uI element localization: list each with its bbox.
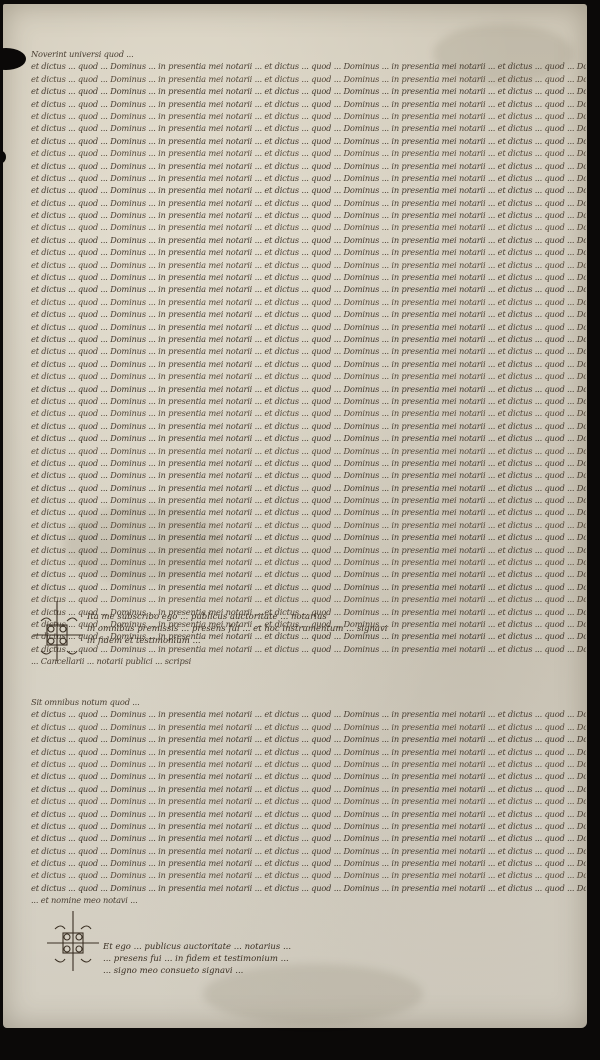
notary-subscription-line: ... presens fui ... in fidem et testimon… (103, 954, 583, 964)
manuscript-line: et dictus ... quod ... Dominus ... in pr… (31, 160, 586, 172)
notary-signum-icon (27, 599, 87, 669)
second-instrument-text: Sit omnibus notum quod ...et dictus ... … (31, 696, 586, 907)
manuscript-line: et dictus ... quod ... Dominus ... in pr… (31, 593, 586, 605)
manuscript-line: et dictus ... quod ... Dominus ... in pr… (31, 259, 586, 271)
manuscript-line: et dictus ... quod ... Dominus ... in pr… (31, 197, 586, 209)
notary-signum-icon (43, 909, 103, 979)
manuscript-line: et dictus ... quod ... Dominus ... in pr… (31, 556, 586, 568)
manuscript-line: et dictus ... quod ... Dominus ... in pr… (31, 482, 586, 494)
manuscript-line: et dictus ... quod ... Dominus ... in pr… (31, 857, 586, 869)
manuscript-line: et dictus ... quod ... Dominus ... in pr… (31, 321, 586, 333)
manuscript-line: et dictus ... quod ... Dominus ... in pr… (31, 432, 586, 444)
manuscript-line: et dictus ... quod ... Dominus ... in pr… (31, 271, 586, 283)
manuscript-line: et dictus ... quod ... Dominus ... in pr… (31, 383, 586, 395)
manuscript-line: et dictus ... quod ... Dominus ... in pr… (31, 506, 586, 518)
manuscript-line: et dictus ... quod ... Dominus ... in pr… (31, 184, 586, 196)
manuscript-line: et dictus ... quod ... Dominus ... in pr… (31, 172, 586, 184)
notary-subscription-line: Ita me subscribo ego ... publicus auctor… (87, 612, 587, 622)
manuscript-line: et dictus ... quod ... Dominus ... in pr… (31, 721, 586, 733)
manuscript-line: et dictus ... quod ... Dominus ... in pr… (31, 544, 586, 556)
manuscript-line: et dictus ... quod ... Dominus ... in pr… (31, 333, 586, 345)
notary-subscription-line: in fidem et testimonium ... (87, 636, 587, 646)
manuscript-line: et dictus ... quod ... Dominus ... in pr… (31, 869, 586, 881)
manuscript-line: et dictus ... quod ... Dominus ... in pr… (31, 420, 586, 432)
manuscript-line: et dictus ... quod ... Dominus ... in pr… (31, 581, 586, 593)
manuscript-line: et dictus ... quod ... Dominus ... in pr… (31, 370, 586, 382)
manuscript-line: et dictus ... quod ... Dominus ... in pr… (31, 234, 586, 246)
scan-background: Noverint universi quod ...et dictus ... … (0, 0, 600, 1060)
manuscript-line: et dictus ... quod ... Dominus ... in pr… (31, 345, 586, 357)
manuscript-line: Noverint universi quod ... (31, 48, 586, 60)
manuscript-line: et dictus ... quod ... Dominus ... in pr… (31, 531, 586, 543)
manuscript-line: et dictus ... quod ... Dominus ... in pr… (31, 808, 586, 820)
manuscript-line: et dictus ... quod ... Dominus ... in pr… (31, 209, 586, 221)
first-instrument-text: Noverint universi quod ...et dictus ... … (31, 48, 586, 668)
manuscript-line: ... et nomine meo notavi ... (31, 894, 420, 906)
manuscript-line: et dictus ... quod ... Dominus ... in pr… (31, 110, 586, 122)
manuscript-line: et dictus ... quod ... Dominus ... in pr… (31, 147, 586, 159)
manuscript-line: et dictus ... quod ... Dominus ... in pr… (31, 73, 586, 85)
manuscript-line: et dictus ... quod ... Dominus ... in pr… (31, 296, 586, 308)
manuscript-line: et dictus ... quod ... Dominus ... in pr… (31, 308, 586, 320)
manuscript-line: et dictus ... quod ... Dominus ... in pr… (31, 795, 586, 807)
manuscript-line: et dictus ... quod ... Dominus ... in pr… (31, 494, 586, 506)
notary-subscription-line: in omnibus premissis ... presens fui ...… (87, 624, 587, 634)
manuscript-line: et dictus ... quod ... Dominus ... in pr… (31, 246, 586, 258)
manuscript-line: et dictus ... quod ... Dominus ... in pr… (31, 568, 586, 580)
manuscript-line: et dictus ... quod ... Dominus ... in pr… (31, 395, 586, 407)
manuscript-line: et dictus ... quod ... Dominus ... in pr… (31, 519, 586, 531)
manuscript-line: et dictus ... quod ... Dominus ... in pr… (31, 783, 586, 795)
manuscript-line: et dictus ... quod ... Dominus ... in pr… (31, 708, 586, 720)
manuscript-line: et dictus ... quod ... Dominus ... in pr… (31, 469, 586, 481)
manuscript-line: et dictus ... quod ... Dominus ... in pr… (31, 832, 586, 844)
manuscript-line: et dictus ... quod ... Dominus ... in pr… (31, 758, 586, 770)
manuscript-line: et dictus ... quod ... Dominus ... in pr… (31, 445, 586, 457)
manuscript-line: et dictus ... quod ... Dominus ... in pr… (31, 135, 586, 147)
manuscript-line: et dictus ... quod ... Dominus ... in pr… (31, 407, 586, 419)
manuscript-line: et dictus ... quod ... Dominus ... in pr… (31, 746, 586, 758)
manuscript-line: et dictus ... quod ... Dominus ... in pr… (31, 733, 586, 745)
manuscript-line: et dictus ... quod ... Dominus ... in pr… (31, 122, 586, 134)
manuscript-line: et dictus ... quod ... Dominus ... in pr… (31, 845, 586, 857)
manuscript-line: et dictus ... quod ... Dominus ... in pr… (31, 358, 586, 370)
manuscript-line: et dictus ... quod ... Dominus ... in pr… (31, 98, 586, 110)
manuscript-line: et dictus ... quod ... Dominus ... in pr… (31, 457, 586, 469)
manuscript-line: Sit omnibus notum quod ... (31, 696, 586, 708)
manuscript-line: et dictus ... quod ... Dominus ... in pr… (31, 60, 586, 72)
manuscript-line: et dictus ... quod ... Dominus ... in pr… (31, 882, 586, 894)
manuscript-line: ... Cancellarii ... notarii publici ... … (31, 655, 420, 667)
manuscript-line: et dictus ... quod ... Dominus ... in pr… (31, 283, 586, 295)
manuscript-line: et dictus ... quod ... Dominus ... in pr… (31, 770, 586, 782)
parchment-sheet: Noverint universi quod ...et dictus ... … (3, 4, 587, 1028)
notary-subscription-line: ... signo meo consueto signavi ... (103, 966, 583, 976)
manuscript-line: et dictus ... quod ... Dominus ... in pr… (31, 85, 586, 97)
manuscript-line: et dictus ... quod ... Dominus ... in pr… (31, 221, 586, 233)
notary-subscription-line: Et ego ... publicus auctoritate ... nota… (103, 942, 583, 952)
manuscript-line: et dictus ... quod ... Dominus ... in pr… (31, 820, 586, 832)
